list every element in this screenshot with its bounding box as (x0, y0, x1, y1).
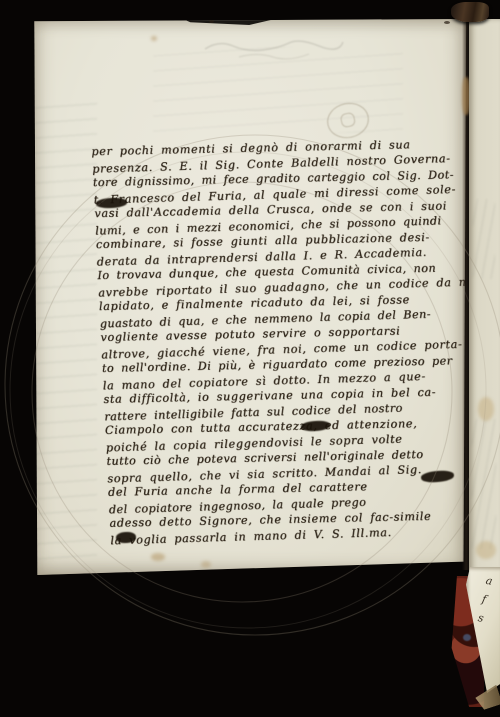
fragment-glyph: a (485, 575, 494, 587)
oval-stamp-icon (324, 99, 372, 142)
verso-bleedthrough (35, 99, 97, 561)
ghost-writing (472, 419, 496, 549)
pencil-inscription (199, 25, 349, 65)
manuscript-photo: per pochi momenti si degnò di onorarmi d… (0, 0, 500, 717)
marble-fleck (463, 634, 471, 641)
adjacent-page-edge (469, 19, 500, 571)
letter-page: per pochi momenti si degnò di onorarmi d… (33, 19, 467, 575)
foxing-stain (478, 397, 494, 421)
foxing-stain (476, 541, 496, 559)
fragment-glyph: s (477, 612, 486, 624)
foxing-stain (151, 36, 157, 41)
letter-body: per pochi momenti si degnò di onorarmi d… (91, 135, 489, 548)
book-headband (451, 2, 489, 22)
ghost-writing (473, 199, 495, 279)
edge-speck (444, 21, 450, 24)
foxing-stain (201, 561, 211, 568)
foxing-stain (151, 553, 165, 561)
stamp-center-mark (340, 112, 357, 129)
fragment-glyph: f (481, 593, 490, 605)
edge-speck (209, 20, 214, 23)
edge-writing-fragment: a f s (477, 575, 494, 624)
